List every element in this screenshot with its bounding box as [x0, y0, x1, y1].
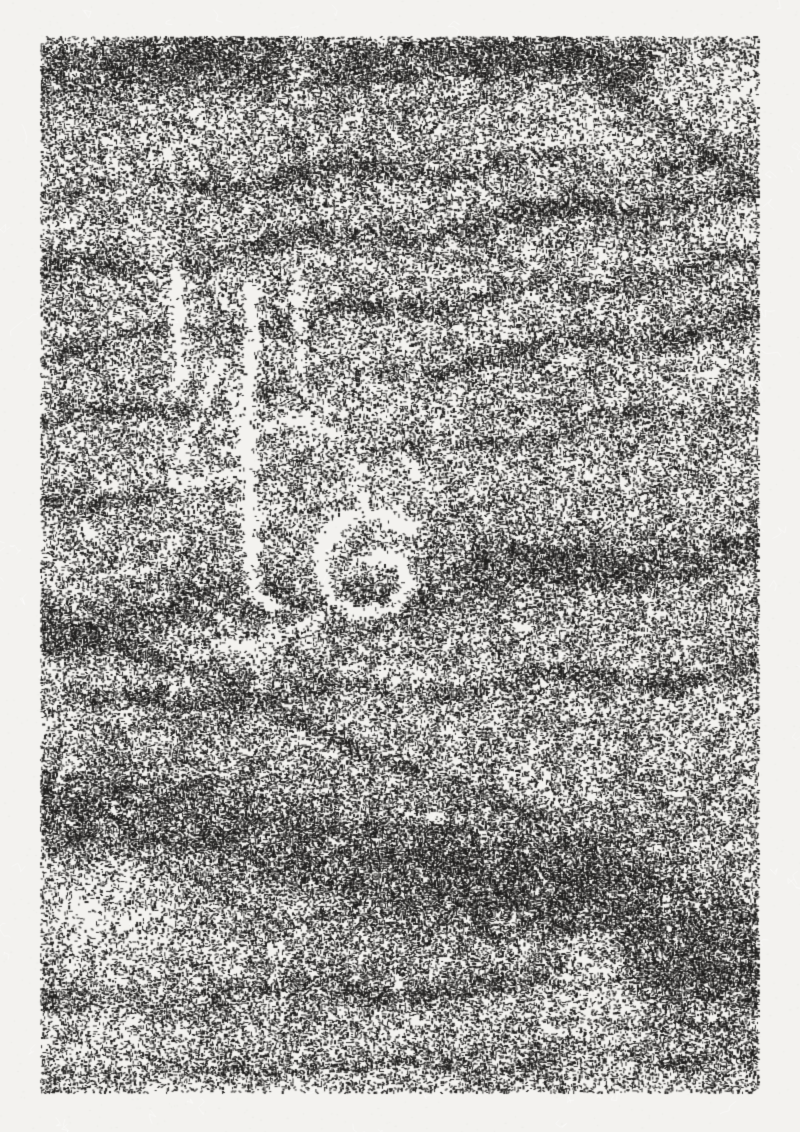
stipple-print — [0, 0, 800, 1132]
stipple-canvas — [0, 0, 800, 1132]
artwork-page — [0, 0, 800, 1132]
